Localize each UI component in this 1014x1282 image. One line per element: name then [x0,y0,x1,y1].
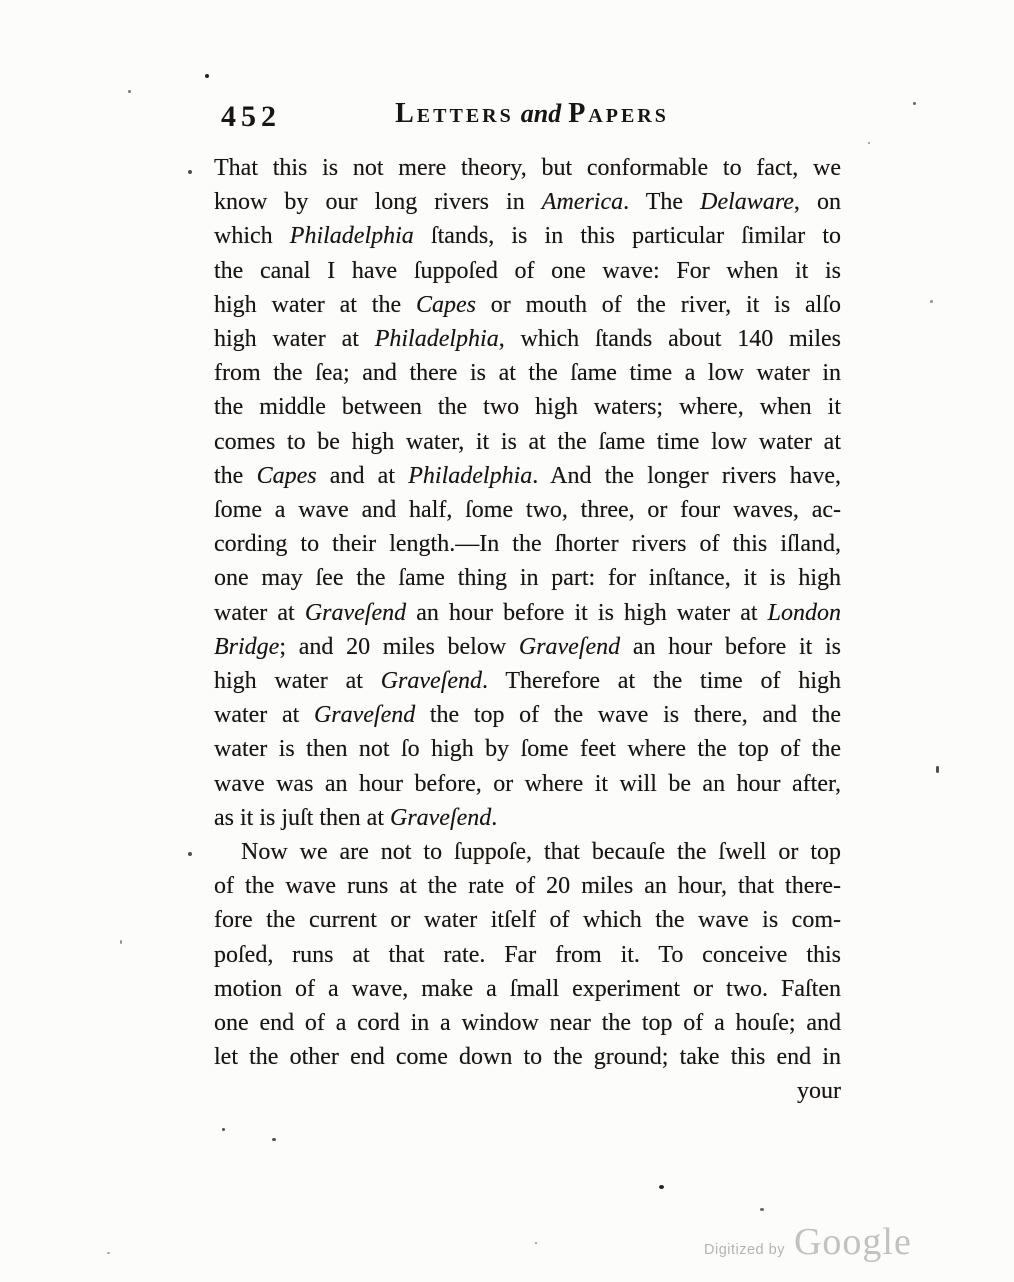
text-line: comes to be high water, it is at the ſam… [214,425,841,459]
digitization-watermark: Digitized by Google [704,1220,912,1264]
text-line: wave was an hour before, or where it wil… [214,767,841,801]
scan-speck [659,1185,664,1189]
scan-speck [913,102,916,105]
text-line: motion of a wave, make a ſmall experimen… [214,972,841,1006]
scan-speck [222,1128,225,1131]
text-line: one end of a cord in a window near the t… [214,1006,841,1040]
scan-speck [205,74,209,78]
scan-speck [936,766,939,773]
text-line: from the ſea; and there is at the ſame t… [214,356,841,390]
scan-speck [188,852,192,856]
text-line: let the other end come down to the groun… [214,1040,841,1074]
catchword: your [214,1074,841,1108]
text-line: which Philadelphia ſtands, is in this pa… [214,219,841,253]
scan-speck [272,1138,276,1141]
running-head-conjunction: and [521,99,561,128]
scan-speck [535,1242,537,1244]
book-page: 452 LettersandPapers That this is not me… [0,0,1014,1282]
text-line: the middle between the two high waters; … [214,390,841,424]
text-line: cording to their length.—In the ſhorter … [214,527,841,561]
page-body-text: That this is not mere theory, but confor… [214,151,841,1109]
text-line: water is then not ſo high by ſome feet w… [214,732,841,766]
google-logo: Google [794,1220,912,1264]
text-line: poſed, runs at that rate. Far from it. T… [214,938,841,972]
scan-speck [120,940,122,944]
text-line: as it is juſt then at Graveſend. [214,801,841,835]
scan-speck [188,170,192,174]
text-line: water at Graveſend an hour before it is … [214,596,841,630]
text-line: one may ſee the ſame thing in part: for … [214,561,841,595]
text-line: the canal I have ſuppoſed of one wave: F… [214,254,841,288]
scan-speck [930,300,933,303]
text-line: high water at Graveſend. Therefore at th… [214,664,841,698]
digitized-by-label: Digitized by [704,1242,785,1258]
text-line: water at Graveſend the top of the wave i… [214,698,841,732]
running-head: LettersandPapers [395,98,669,130]
text-line: know by our long rivers in America. The … [214,185,841,219]
text-line: fore the current or water itſelf of whic… [214,903,841,937]
scan-speck [868,142,870,144]
running-head-word: Papers [568,98,669,129]
text-line: Now we are not to ſuppoſe, that becauſe … [214,835,841,869]
text-line: high water at the Capes or mouth of the … [214,288,841,322]
page-number: 452 [221,100,281,134]
scan-speck [107,1252,110,1254]
text-line: of the wave runs at the rate of 20 miles… [214,869,841,903]
text-line: high water at Philadelphia, which ſtands… [214,322,841,356]
scan-speck [128,90,131,93]
text-line: Bridge; and 20 miles below Graveſend an … [214,630,841,664]
text-line: That this is not mere theory, but confor… [214,151,841,185]
running-head-word: Letters [395,98,514,129]
text-line: the Capes and at Philadelphia. And the l… [214,459,841,493]
text-line: ſome a wave and half, ſome two, three, o… [214,493,841,527]
scan-speck [760,1208,764,1211]
